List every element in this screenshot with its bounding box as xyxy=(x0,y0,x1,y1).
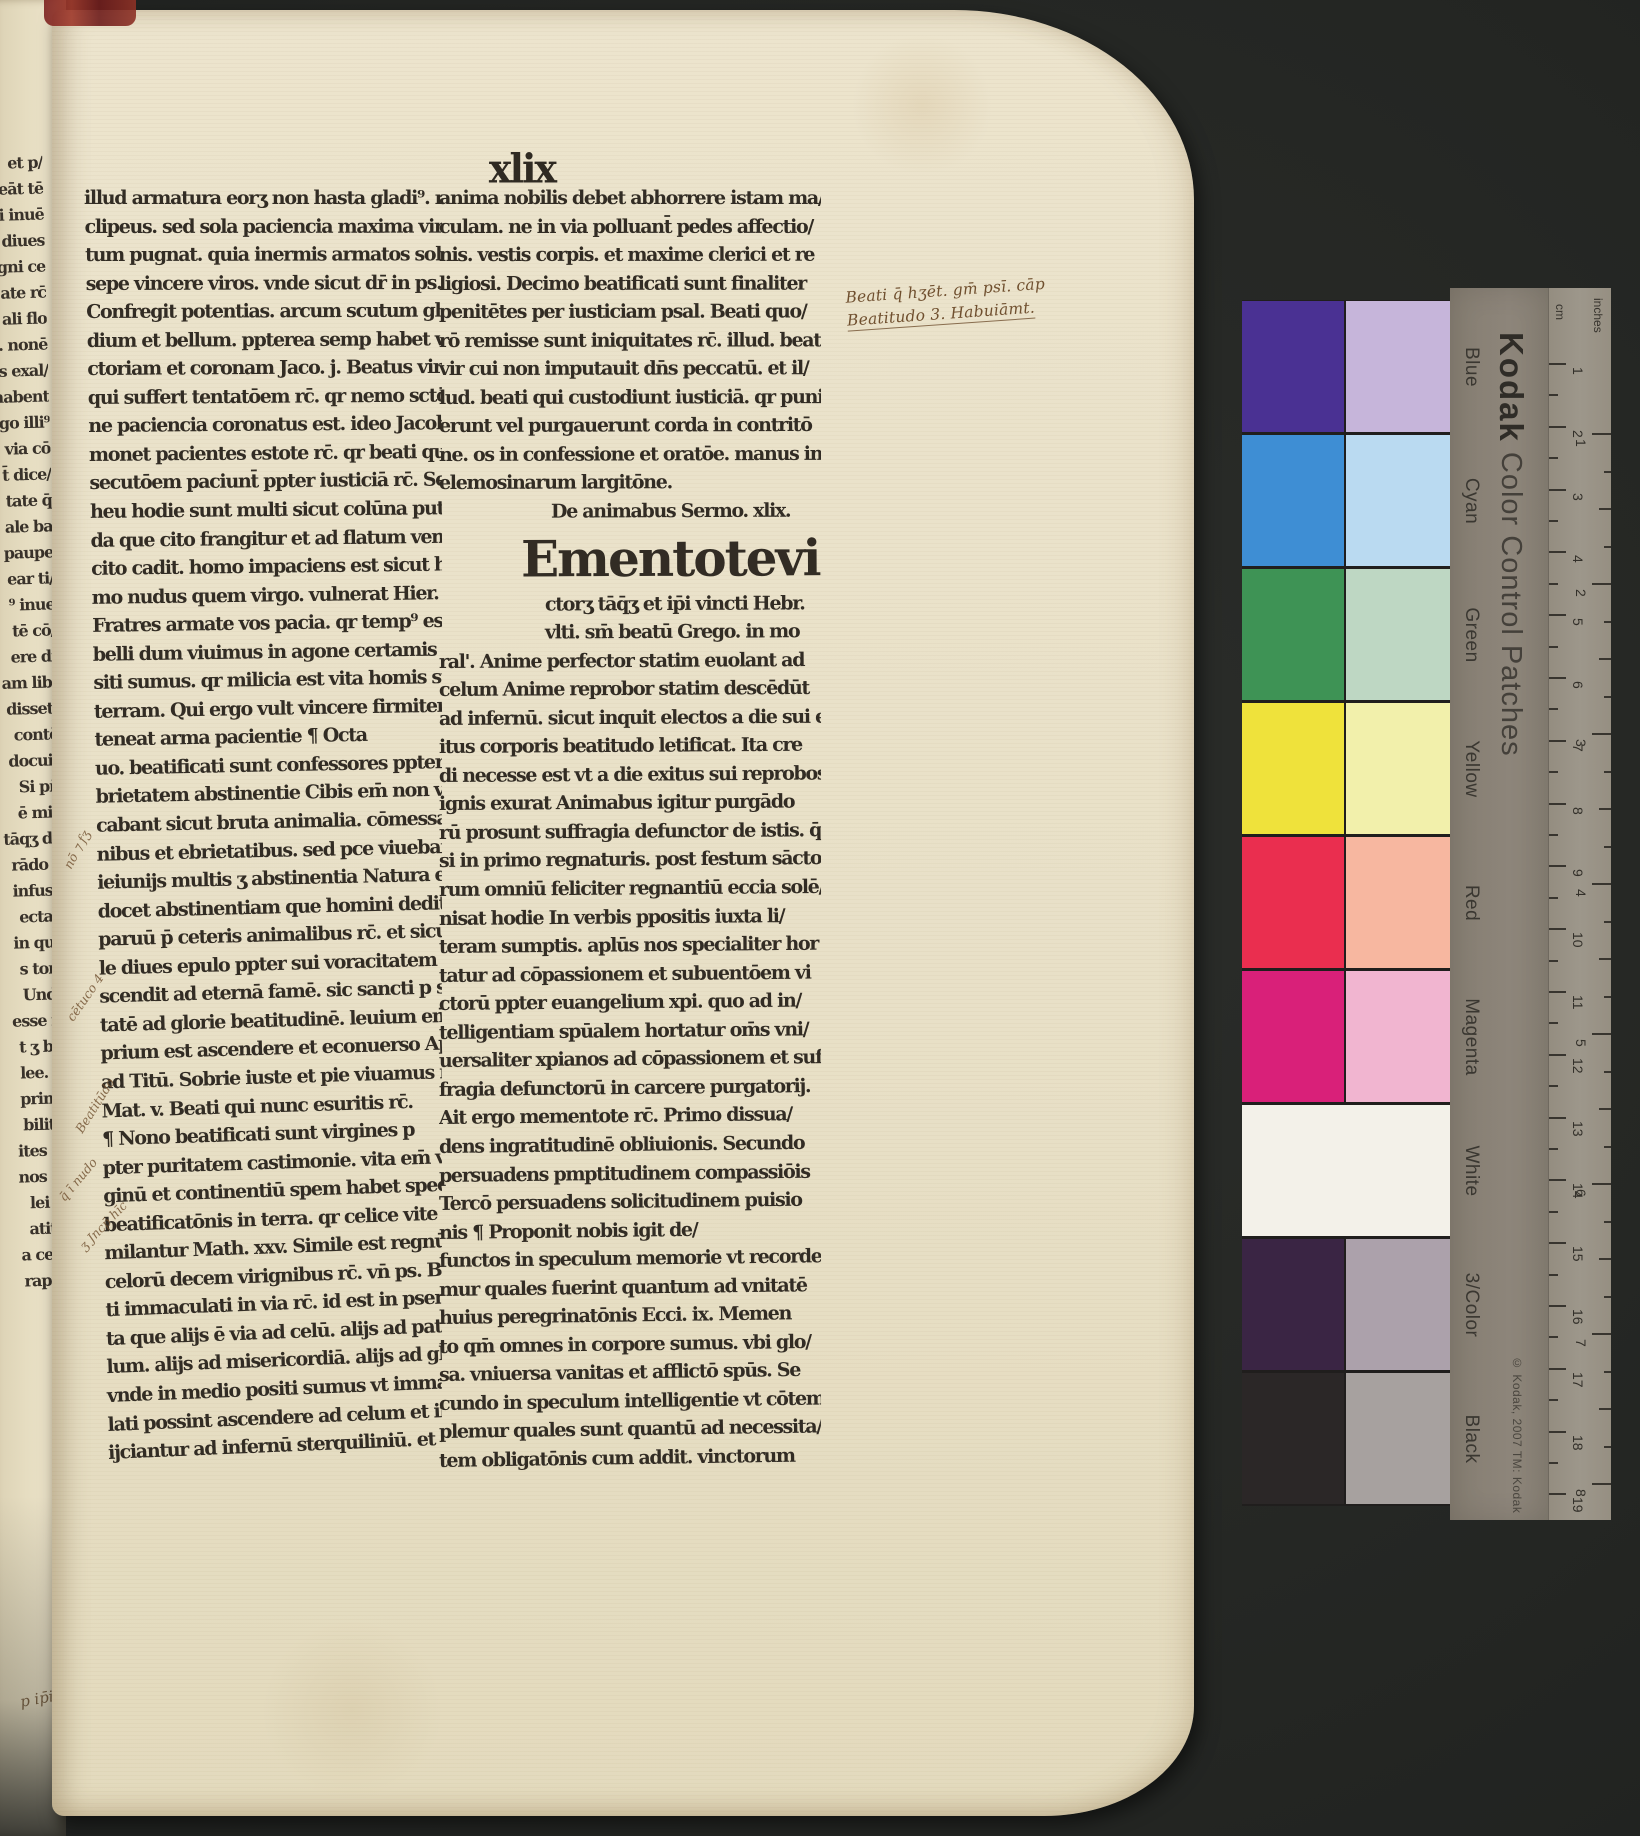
text-line: tatur ad cōpassionem et subuentōem vi xyxy=(439,958,821,990)
color-patch-red-saturated xyxy=(1242,837,1344,968)
facing-page-text-fragment: am libi xyxy=(0,669,57,697)
cm-half-tick xyxy=(1549,1148,1558,1150)
cm-half-tick xyxy=(1549,1274,1558,1276)
patch-label-yellow: Yellow xyxy=(1460,740,1482,797)
text-line: tum pugnat. quia inermis armatos solet xyxy=(84,240,442,269)
color-patch-row xyxy=(1242,970,1450,1104)
inch-quarter-tick xyxy=(1604,1221,1611,1223)
cm-tick xyxy=(1549,740,1566,742)
bottom-left-handwritten-note: p ip̄i xyxy=(19,1687,55,1711)
kodak-copyright: © Kodak, 2007 TM: Kodak xyxy=(1510,1356,1524,1513)
inch-quarter-tick xyxy=(1604,1296,1611,1298)
inch-number: 1 xyxy=(1573,439,1589,447)
color-patch-cyan-light xyxy=(1346,435,1450,566)
inch-number: 3 xyxy=(1573,739,1589,747)
text-line: rō remisse sunt iniquitates rc̄. illud. … xyxy=(439,326,821,355)
text-line: ctoriam et coronam Jaco. j. Beatus vir xyxy=(84,353,442,384)
cm-number: 3 xyxy=(1570,493,1586,501)
inch-half-tick xyxy=(1599,808,1611,810)
cm-tick xyxy=(1549,928,1566,930)
cm-half-tick xyxy=(1549,897,1558,899)
inch-quarter-tick xyxy=(1604,1146,1611,1148)
inch-tick xyxy=(1592,433,1611,435)
cm-number: 9 xyxy=(1570,869,1586,877)
inch-number: 4 xyxy=(1573,889,1589,897)
facing-page-text-fragment: tate q̄ xyxy=(0,487,52,515)
facing-page-text-fragment: ui inuē xyxy=(0,202,44,230)
color-patch-blue-saturated xyxy=(1242,301,1344,432)
text-line: ral'. Anime perfector statim euolant ad xyxy=(439,646,821,677)
cm-number: 13 xyxy=(1570,1121,1586,1137)
sermon-incipit-heading: Ementotevin xyxy=(439,526,821,592)
patch-label-3-color: 3/Color xyxy=(1460,1273,1482,1338)
facing-page-text-fragment: ⁹ inue xyxy=(0,591,55,619)
text-column-left: illud armatura eorʒ non hasta gladi⁹. nō… xyxy=(84,184,442,1469)
inch-quarter-tick xyxy=(1604,846,1611,848)
color-patch-cyan-saturated xyxy=(1242,435,1344,566)
patch-label-black: Black xyxy=(1460,1415,1482,1464)
inch-half-tick xyxy=(1599,1408,1611,1410)
inch-half-tick xyxy=(1599,1258,1611,1260)
cm-half-tick xyxy=(1549,394,1558,396)
cm-half-tick xyxy=(1549,646,1558,648)
cm-tick xyxy=(1549,677,1566,679)
text-line: ligiosi. Decimo beatificati sunt finalit… xyxy=(439,269,821,298)
cm-tick xyxy=(1549,551,1566,553)
facing-page-text-fragment: contē xyxy=(0,721,59,749)
text-line: uersaliter xpianos ad cōpassionem et suf xyxy=(439,1043,821,1075)
cm-half-tick xyxy=(1549,771,1558,773)
cm-half-tick xyxy=(1549,1399,1558,1401)
cm-number: 11 xyxy=(1570,995,1586,1010)
text-line: dium et bellum. ppterea semp habet vi/ xyxy=(84,325,442,355)
facing-page-text-fragment: s exal/ xyxy=(0,357,49,385)
cm-number: 18 xyxy=(1570,1435,1586,1451)
color-patch-green-saturated xyxy=(1242,569,1344,700)
facing-page-text-fragment: egni ce xyxy=(0,253,46,281)
cm-tick xyxy=(1549,426,1566,428)
cm-half-tick xyxy=(1549,834,1558,836)
facing-page-text-fragment: et p/ xyxy=(0,150,43,178)
color-patch-magenta-light xyxy=(1346,971,1450,1102)
cm-tick xyxy=(1549,991,1566,993)
inch-number: 6 xyxy=(1573,1189,1589,1197)
text-line: ne paciencia coronatus est. ideo Jacob⁹ xyxy=(84,410,442,441)
text-line: vir cui non imputauit dn̄s peccatū. et i… xyxy=(439,354,821,383)
text-line: da que cito frangitur et ad flatum venti xyxy=(84,522,442,555)
inch-tick xyxy=(1592,1333,1611,1335)
cm-tick xyxy=(1549,1242,1566,1244)
text-line: Tercō persuadens solicitudinem puisio xyxy=(439,1186,821,1219)
cm-tick xyxy=(1549,1179,1566,1181)
text-line: rū prosunt suffragia defunctor de istis.… xyxy=(439,816,821,847)
cm-half-tick xyxy=(1549,1022,1558,1024)
inch-quarter-tick xyxy=(1604,546,1611,548)
cm-number: 15 xyxy=(1570,1246,1586,1262)
inch-number: 2 xyxy=(1573,589,1589,597)
patch-label-red: Red xyxy=(1460,885,1482,921)
color-patch-grid xyxy=(1242,300,1450,1506)
text-line: clipeus. sed sola paciencia maxima virtu xyxy=(84,212,442,241)
inch-number: 8 xyxy=(1573,1489,1589,1497)
text-line: secutōem paciunt̄ ppter iusticiā rc̄. Se… xyxy=(84,466,442,498)
color-patch-row xyxy=(1242,300,1450,434)
kodak-title-rest: Color Control Patches xyxy=(1495,443,1527,757)
color-patch-3-color-light xyxy=(1346,1239,1450,1370)
color-patch-blue-light xyxy=(1346,301,1450,432)
text-line: telligentiam spūalem hortatur om̄s vni/ xyxy=(439,1015,821,1047)
text-line: rum omniū feliciter regnantiū eccia solē… xyxy=(439,873,821,905)
text-line: ctorū ppter euangelium xpi. quo ad in/ xyxy=(439,987,821,1019)
text-line: De animabus Sermo. xlix. xyxy=(439,497,821,527)
cm-tick xyxy=(1549,1493,1566,1495)
cm-number: 19 xyxy=(1570,1497,1586,1513)
text-line: si in primo regnaturis. post festum sāct… xyxy=(439,845,821,876)
inch-quarter-tick xyxy=(1604,996,1611,998)
cm-number: 2 xyxy=(1570,430,1586,438)
text-line: anima nobilis debet abhorrere istam ma/ xyxy=(439,184,821,213)
cm-tick xyxy=(1549,489,1566,491)
text-line: monet pacientes estote rc̄. qr beati qui… xyxy=(84,438,442,470)
text-line: teram sumptis. aplūs nos specialiter hor xyxy=(439,930,821,962)
text-line: ignis exurat Animabus igitur purgādo xyxy=(439,788,821,819)
inch-tick xyxy=(1592,733,1611,735)
cm-half-tick xyxy=(1549,1462,1558,1464)
facing-page-text-fragment: ear ti/ xyxy=(0,565,54,593)
text-line: itus corporis beatitudo letificat. Ita c… xyxy=(439,731,821,762)
cm-half-tick xyxy=(1549,520,1558,522)
text-line: vlti. sm̄ beatū Grego. in mo xyxy=(439,617,821,647)
cm-tick xyxy=(1549,803,1566,805)
inch-half-tick xyxy=(1599,508,1611,510)
facing-page-text-fragment: disset. xyxy=(0,695,58,723)
cm-tick xyxy=(1549,865,1566,867)
inch-quarter-tick xyxy=(1604,1071,1611,1073)
facing-page-text-fragment: habent xyxy=(0,383,49,411)
inch-tick xyxy=(1592,1183,1611,1185)
patch-label-blue: Blue xyxy=(1460,347,1482,387)
text-line: qui suffert tentatōem rc̄. qr nemo sctōr… xyxy=(84,381,442,412)
facing-page-text-fragment: ale ba xyxy=(0,513,53,541)
cm-number: 6 xyxy=(1570,681,1586,689)
facing-page-text-fragment: ate rc̄ xyxy=(0,279,46,307)
color-patch-yellow-light xyxy=(1346,703,1450,834)
text-line: di necesse est vt a die exitus sui repro… xyxy=(439,759,821,790)
color-patch-row xyxy=(1242,1238,1450,1372)
text-line: illud armatura eorʒ non hasta gladi⁹. nō xyxy=(84,184,442,213)
text-line: culam. ne in via polluant̄ pedes affecti… xyxy=(439,212,821,241)
text-line: penitētes per iusticiam psal. Beati quo/ xyxy=(439,298,821,327)
text-line: persuadens pmptitudinem compassiōis xyxy=(439,1157,821,1190)
color-patch-black-saturated xyxy=(1242,1373,1344,1504)
patch-label-magenta: Magenta xyxy=(1460,998,1482,1075)
cm-half-tick xyxy=(1549,583,1558,585)
facing-page-text-fragment: ere di xyxy=(0,643,57,671)
cm-half-tick xyxy=(1549,1336,1558,1338)
cm-tick xyxy=(1549,1305,1566,1307)
cm-number: 4 xyxy=(1570,555,1586,563)
text-line: cito cadit. homo impaciens est sicut ho/ xyxy=(84,551,442,584)
cm-half-tick xyxy=(1549,457,1558,459)
inch-half-tick xyxy=(1599,658,1611,660)
cm-half-tick xyxy=(1549,960,1558,962)
red-headband xyxy=(44,0,136,26)
cm-number: 17 xyxy=(1570,1372,1586,1388)
facing-page-text-fragment: ali flo xyxy=(0,305,47,333)
text-line: nis. vestis corpis. et maxime clerici et… xyxy=(439,241,821,270)
facing-page-text-fragment: diues xyxy=(0,227,45,255)
cm-tick xyxy=(1549,1117,1566,1119)
color-patch-red-light xyxy=(1346,837,1450,968)
text-line: nisat hodie In verbis ppositis iuxta li/ xyxy=(439,901,821,933)
cm-tick xyxy=(1549,614,1566,616)
ruler-strip: cm inches 123456789101112131415161718191… xyxy=(1548,288,1611,1520)
text-line: dens ingratitudinē obliuionis. Secundo xyxy=(439,1129,821,1162)
text-line: ctorʒ tāq̄ʒ et ip̄i vincti Hebr. xyxy=(439,589,821,619)
cm-half-tick xyxy=(1549,1085,1558,1087)
color-patch-green-light xyxy=(1346,569,1450,700)
color-patch-row xyxy=(1242,1372,1450,1506)
cm-number: 10 xyxy=(1570,932,1586,948)
text-line: tem obligatōnis cum addit. vinctorum xyxy=(439,1441,821,1475)
color-patch-yellow-saturated xyxy=(1242,703,1344,834)
cm-number: 8 xyxy=(1570,807,1586,815)
text-line: Ait ergo mementote rc̄. Primo dissua/ xyxy=(439,1100,821,1133)
inch-half-tick xyxy=(1599,1108,1611,1110)
text-line: celum Anime reprobor statim descēdūt xyxy=(439,674,821,705)
text-line: functos in speculum memorie vt recorde xyxy=(439,1242,821,1275)
inch-tick xyxy=(1592,1483,1611,1485)
facing-page-text-fragment: t̄ dice/ xyxy=(0,461,51,489)
color-patch-magenta-saturated xyxy=(1242,971,1344,1102)
text-line: elemosinarum largitōne. xyxy=(439,468,821,498)
patch-label-green: Green xyxy=(1460,607,1482,662)
kodak-brand: Kodak xyxy=(1493,332,1530,443)
inch-half-tick xyxy=(1599,958,1611,960)
cm-number: 12 xyxy=(1570,1058,1586,1074)
text-line: heu hodie sunt multi sicut colūna putri/ xyxy=(84,494,442,526)
facing-page-text-fragment: docuit xyxy=(1,747,60,775)
color-patch-row xyxy=(1242,1104,1450,1238)
inch-quarter-tick xyxy=(1604,1371,1611,1373)
color-patch-row xyxy=(1242,836,1450,970)
text-line: Confregit potentias. arcum scutum gla xyxy=(84,297,442,327)
text-line: lud. beati qui custodiunt iusticiā. qr p… xyxy=(439,383,821,412)
inch-quarter-tick xyxy=(1604,471,1611,473)
inch-tick xyxy=(1592,1033,1611,1035)
kodak-label-strip: Kodak Color Control Patches © Kodak, 200… xyxy=(1450,288,1548,1520)
text-line: sepe vincere viros. vnde sicut dr̄ in ps… xyxy=(84,269,442,299)
inch-quarter-tick xyxy=(1604,1446,1611,1448)
color-patch-3-color-saturated xyxy=(1242,1239,1344,1370)
text-column-right: anima nobilis debet abhorrere istam ma/c… xyxy=(439,184,821,1476)
cm-tick xyxy=(1549,1054,1566,1056)
facing-page-text-fragment: go illi⁹ xyxy=(0,409,50,437)
text-line: erunt vel purgauerunt corda in contritō xyxy=(439,411,821,441)
color-patch-row xyxy=(1242,434,1450,568)
facing-page-text-fragment: tē cō/ xyxy=(0,617,56,645)
inch-quarter-tick xyxy=(1604,621,1611,623)
inch-quarter-tick xyxy=(1604,771,1611,773)
photograph-of-incunable-page: et p/beāt tēui inuēdiuesegni ceate rc̄al… xyxy=(0,0,1640,1836)
facing-page-text-fragment: via cō xyxy=(0,435,51,463)
inch-number: 5 xyxy=(1573,1039,1589,1047)
color-patch-row xyxy=(1242,702,1450,836)
inch-quarter-tick xyxy=(1604,921,1611,923)
inch-quarter-tick xyxy=(1604,696,1611,698)
cm-label: cm xyxy=(1553,304,1567,320)
inch-number: 7 xyxy=(1573,1339,1589,1347)
facing-page-text-fragment: paupe xyxy=(0,539,54,567)
text-line: ad infernū. sicut inquit electos a die s… xyxy=(439,702,821,733)
patch-label-cyan: Cyan xyxy=(1460,478,1482,524)
facing-page-text-fragment: . nonē xyxy=(0,331,48,359)
inch-tick xyxy=(1592,583,1611,585)
cm-number: 16 xyxy=(1570,1309,1586,1325)
color-patch-black-light xyxy=(1346,1373,1450,1504)
cm-tick xyxy=(1549,1368,1566,1370)
patch-label-white: White xyxy=(1460,1145,1482,1196)
cm-tick xyxy=(1549,1431,1566,1433)
kodak-color-control-card: Kodak Color Control Patches © Kodak, 200… xyxy=(1242,288,1610,1520)
cm-number: 1 xyxy=(1570,367,1586,375)
color-patch-row xyxy=(1242,568,1450,702)
cm-number: 5 xyxy=(1570,618,1586,626)
text-line: ne. os in confessione et oratōe. manus i… xyxy=(439,440,821,470)
color-patch-white xyxy=(1242,1105,1450,1236)
cm-half-tick xyxy=(1549,708,1558,710)
kodak-title: Kodak Color Control Patches xyxy=(1492,332,1530,757)
cm-half-tick xyxy=(1549,1211,1558,1213)
inch-tick xyxy=(1592,883,1611,885)
cm-tick xyxy=(1549,363,1566,365)
inches-label: inches xyxy=(1591,298,1605,333)
facing-page-text-fragment: beāt tē xyxy=(0,176,43,204)
